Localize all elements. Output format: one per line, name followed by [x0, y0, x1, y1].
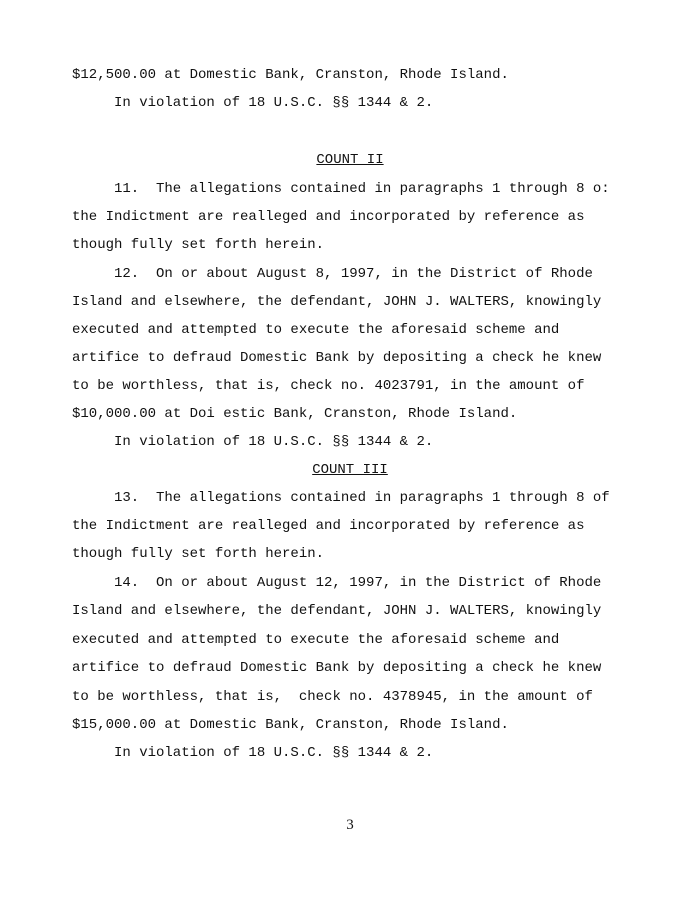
paragraph-line: though fully set forth herein. — [72, 546, 324, 562]
paragraph-11-first-line: 11. The allegations contained in paragra… — [114, 181, 610, 197]
paragraph-line: $10,000.00 at Doi estic Bank, Cranston, … — [72, 406, 517, 422]
paragraph-line: $15,000.00 at Domestic Bank, Cranston, R… — [72, 717, 509, 733]
paragraph-line: to be worthless, that is, check no. 4378… — [72, 689, 593, 705]
paragraph-line: to be worthless, that is, check no. 4023… — [72, 378, 584, 394]
paragraph-line: executed and attempted to execute the af… — [72, 322, 559, 338]
paragraph-12-first-line: 12. On or about August 8, 1997, in the D… — [114, 266, 593, 282]
continuation-line: $12,500.00 at Domestic Bank, Cranston, R… — [72, 67, 509, 83]
paragraph-line: artifice to defraud Domestic Bank by dep… — [72, 660, 601, 676]
violation-statement: In violation of 18 U.S.C. §§ 1344 & 2. — [114, 434, 433, 450]
count-iii-title: COUNT III — [312, 462, 388, 478]
paragraph-13-first-line: 13. The allegations contained in paragra… — [114, 490, 610, 506]
paragraph-line: Island and elsewhere, the defendant, JOH… — [72, 294, 601, 310]
count-heading: COUNT III — [0, 462, 700, 478]
page-number: 3 — [0, 817, 700, 833]
violation-statement: In violation of 18 U.S.C. §§ 1344 & 2. — [114, 745, 433, 761]
document-page: $12,500.00 at Domestic Bank, Cranston, R… — [0, 0, 700, 900]
count-heading: COUNT II — [0, 152, 700, 168]
paragraph-line: artifice to defraud Domestic Bank by dep… — [72, 350, 601, 366]
paragraph-line: the Indictment are realleged and incorpo… — [72, 518, 584, 534]
paragraph-line: Island and elsewhere, the defendant, JOH… — [72, 603, 601, 619]
count-ii-title: COUNT II — [316, 152, 383, 168]
paragraph-line: executed and attempted to execute the af… — [72, 632, 559, 648]
paragraph-line: the Indictment are realleged and incorpo… — [72, 209, 584, 225]
paragraph-line: though fully set forth herein. — [72, 237, 324, 253]
violation-statement: In violation of 18 U.S.C. §§ 1344 & 2. — [114, 95, 433, 111]
paragraph-14-first-line: 14. On or about August 12, 1997, in the … — [114, 575, 601, 591]
